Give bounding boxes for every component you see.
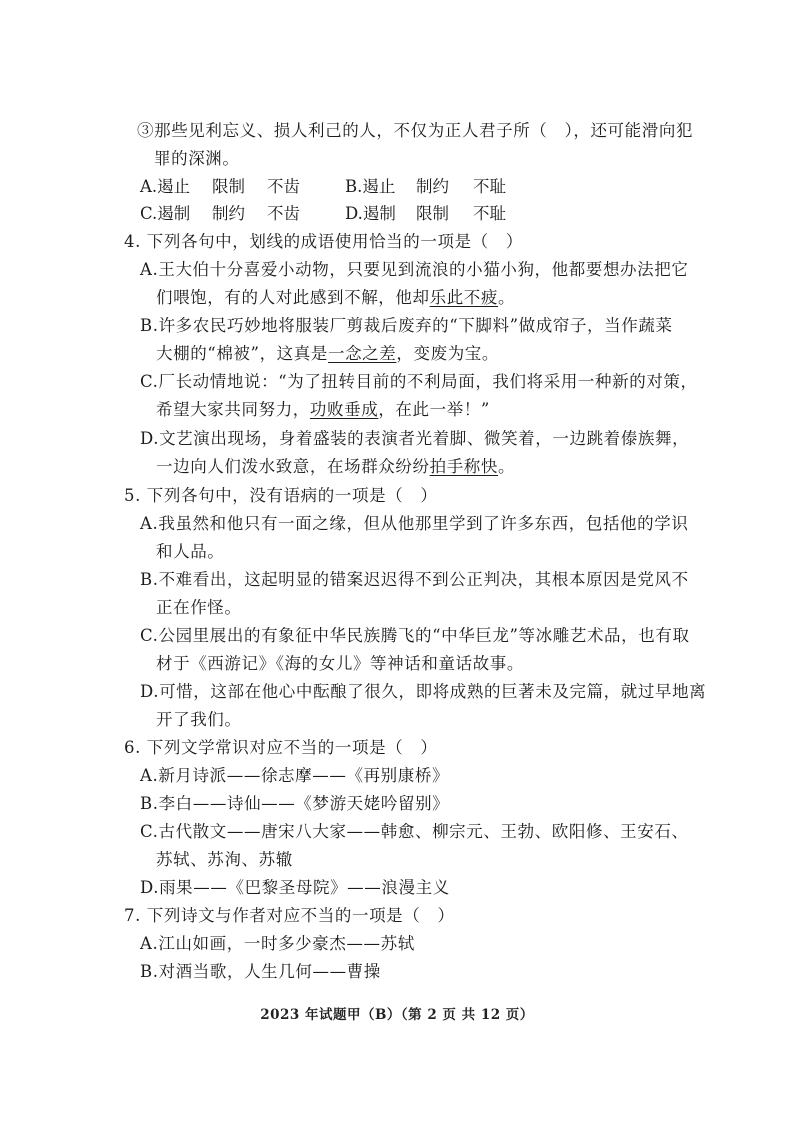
q7-option-a: A.江山如画，一时多少豪杰——苏轼 xyxy=(140,933,415,955)
q4-option-b-line2: 大棚的“棉被”，这真是一念之差，变废为宝。 xyxy=(156,343,499,365)
q7-option-b: B.对酒当歌，人生几何——曹操 xyxy=(140,961,381,983)
q3-option-d-word1: D.遏制 xyxy=(345,203,396,225)
q6-option-c-line2: 苏轼、苏洵、苏辙 xyxy=(156,849,293,871)
q5-option-c-line2: 材于《西游记》《海的女儿》等神话和童话故事。 xyxy=(156,653,524,675)
q4-option-d-line1: D.文艺演出现场，身着盛装的表演者光着脚、微笑着，一边跳着傣族舞， xyxy=(140,428,689,450)
q3-option-a-word3: 不齿 xyxy=(267,176,300,198)
q3-option-d-word3: 不耻 xyxy=(473,203,506,225)
q4-option-d-line2: 一边向人们泼水致意，在场群众纷纷拍手称快。 xyxy=(156,456,515,478)
q4-a-idiom: 乐此不疲 xyxy=(430,288,498,307)
q5-option-c-line1: C.公园里展出的有象征中华民族腾飞的“中华巨龙”等冰雕艺术品，也有取 xyxy=(140,625,690,647)
q4-c-text: 希望大家共同努力， xyxy=(156,400,310,419)
q3-option-b-word3: 不耻 xyxy=(473,176,506,198)
q4-option-a-line2: 们喂饱，有的人对此感到不解，他却乐此不疲。 xyxy=(156,287,515,309)
q4-b-text: 大棚的“棉被”，这真是 xyxy=(156,344,328,363)
q4-c-end: ，在此一举！” xyxy=(378,400,490,419)
q3-option-a-word1: A.遏止 xyxy=(140,176,190,198)
q4-option-c-line1: C.厂长动情地说：“为了扭转目前的不利局面，我们将采用一种新的对策， xyxy=(140,371,698,393)
q4-d-idiom: 拍手称快 xyxy=(430,457,498,476)
q3-option-c-word1: C.遏制 xyxy=(140,203,190,225)
q4-a-end: 。 xyxy=(498,288,515,307)
q3-option-b-word1: B.遏止 xyxy=(345,176,395,198)
q5-option-d-line2: 开了我们。 xyxy=(156,709,242,731)
exam-page: ③那些见利忘义、损人利己的人，不仅为正人君子所（ ），还可能滑向犯 罪的深渊。 … xyxy=(0,0,794,1123)
q5-stem: 5. 下列各句中，没有语病的一项是（ ） xyxy=(124,485,438,507)
q6-option-d: D.雨果——《巴黎圣母院》——浪漫主义 xyxy=(140,877,450,899)
q4-a-text: 们喂饱，有的人对此感到不解，他却 xyxy=(156,288,430,307)
q4-option-b-line1: B.许多农民巧妙地将服装厂剪裁后废弃的“下脚料”做成帘子，当作蔬菜 xyxy=(140,315,673,337)
q3-item3-line2: 罪的深渊。 xyxy=(154,148,240,170)
q6-stem: 6. 下列文学常识对应不当的一项是（ ） xyxy=(124,737,438,759)
q4-stem: 4. 下列各句中，划线的成语使用恰当的一项是（ ） xyxy=(124,231,523,253)
q3-option-b-word2: 制约 xyxy=(416,176,449,198)
q6-option-a: A.新月诗派——徐志摩——《再别康桥》 xyxy=(140,765,449,787)
q3-item3-line1: ③那些见利忘义、损人利己的人，不仅为正人君子所（ ），还可能滑向犯 xyxy=(137,120,693,142)
q4-d-end: 。 xyxy=(498,457,515,476)
q3-option-c-word3: 不齿 xyxy=(267,203,300,225)
q3-option-a-word2: 限制 xyxy=(212,176,245,198)
q6-option-c-line1: C.古代散文——唐宋八大家——韩愈、柳宗元、王勃、欧阳修、王安石、 xyxy=(140,821,689,843)
q3-option-d-word2: 限制 xyxy=(416,203,449,225)
q4-d-text: 一边向人们泼水致意，在场群众纷纷 xyxy=(156,457,430,476)
q4-option-a-line1: A.王大伯十分喜爱小动物，只要见到流浪的小猫小狗，他都要想办法把它 xyxy=(140,259,688,281)
q5-option-d-line1: D.可惜，这部在他心中酝酿了很久，即将成熟的巨著未及完篇，就过早地离 xyxy=(140,681,706,703)
q4-c-idiom: 功败垂成 xyxy=(310,400,378,419)
q3-option-c-word2: 制约 xyxy=(212,203,245,225)
q5-option-b-line1: B.不难看出，这起明显的错案迟迟得不到公正判决，其根本原因是党风不 xyxy=(140,569,689,591)
q7-stem: 7. 下列诗文与作者对应不当的一项是（ ） xyxy=(124,905,455,927)
page-footer: 2023 年试题甲（B）（第 2 页 共 12 页） xyxy=(0,1003,794,1023)
q4-b-end: ，变废为宝。 xyxy=(396,344,499,363)
q5-option-b-line2: 正在作怪。 xyxy=(156,597,242,619)
q6-option-b: B.李白——诗仙——《梦游天姥吟留别》 xyxy=(140,793,449,815)
q5-option-a-line1: A.我虽然和他只有一面之缘，但从他那里学到了许多东西，包括他的学识 xyxy=(140,513,688,535)
q5-option-a-line2: 和人品。 xyxy=(156,541,224,563)
q4-option-c-line2: 希望大家共同努力，功败垂成，在此一举！” xyxy=(156,399,490,421)
q4-b-idiom: 一念之差 xyxy=(328,344,396,363)
